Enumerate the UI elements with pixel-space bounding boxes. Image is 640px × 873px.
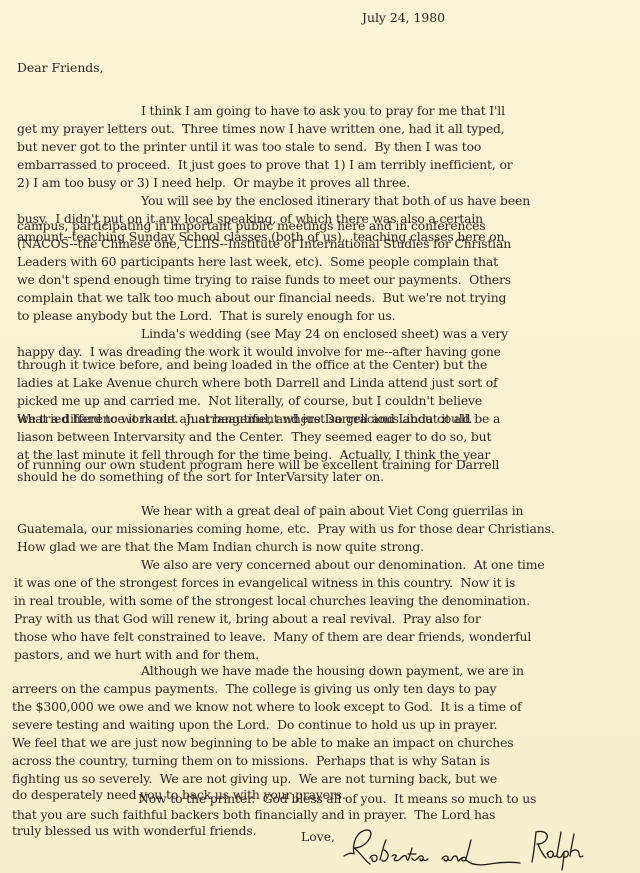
text-line: Pray with us that God will renew it, bri…	[14, 611, 481, 627]
text-line: the $300,000 we owe and we know not wher…	[12, 699, 521, 715]
text-line: Now to the printer. God bless all of you…	[138, 791, 536, 807]
text-line: We also are very concerned about our den…	[141, 557, 545, 573]
text-line: but never got to the printer until it wa…	[17, 139, 481, 155]
salutation: Dear Friends,	[17, 60, 104, 75]
text-line: Linda's wedding (see May 24 on enclosed …	[141, 326, 508, 342]
text-line: that you are such faithful backers both …	[12, 807, 495, 823]
text-line: (NACOS--the Chinese one, CLIIS--Institut…	[17, 236, 511, 252]
letter-page: July 24, 1980 Dear Friends, I think I am…	[0, 0, 640, 873]
text-line: I think I am going to have to ask you to…	[141, 103, 505, 119]
text-line: liason between Intervarsity and the Cent…	[17, 429, 491, 445]
text-line: We feel that we are just now beginning t…	[12, 735, 513, 751]
text-line: fighting us so severely. We are not givi…	[12, 771, 497, 787]
text-line: pastors, and we hurt with and for them.	[14, 647, 259, 663]
text-line: it was one of the strongest forces in ev…	[14, 575, 515, 591]
text-line: those who have felt constrained to leave…	[14, 629, 531, 645]
text-line: campus, participating in important publi…	[17, 218, 486, 234]
text-line: Guatemala, our missionaries coming home,…	[17, 521, 555, 537]
text-line: We hear with a great deal of pain about …	[141, 503, 523, 519]
text-line: Leaders with 60 participants here last w…	[17, 254, 498, 270]
text-line: How glad we are that the Mam Indian chur…	[17, 539, 424, 555]
text-line: ladies at Lake Avenue church where both …	[17, 375, 497, 391]
text-line: complain that we talk too much about our…	[17, 290, 506, 306]
text-line: truly blessed us with wonderful friends.	[12, 823, 256, 839]
text-line: Although we have made the housing down p…	[141, 663, 524, 679]
text-line: in real trouble, with some of the strong…	[14, 593, 530, 609]
text-line: We tried hard to work out an arrangement…	[17, 411, 500, 427]
text-line: to please anybody but the Lord. That is …	[17, 308, 395, 324]
text-line: through it twice before, and being loade…	[17, 357, 487, 373]
text-line: should he do something of the sort for I…	[17, 469, 384, 485]
text-line: embarrassed to proceed. It just goes to …	[17, 157, 513, 173]
text-line: You will see by the enclosed itinerary t…	[141, 193, 530, 209]
text-line: arreers on the campus payments. The coll…	[12, 681, 496, 697]
handwritten-signature	[340, 826, 600, 872]
text-line: across the country, turning them on to m…	[12, 753, 490, 769]
text-line: we don't spend enough time trying to rai…	[17, 272, 511, 288]
text-line: get my prayer letters out. Three times n…	[17, 121, 505, 137]
text-line: 2) I am too busy or 3) I need help. Or m…	[17, 175, 410, 191]
text-line: severe testing and waiting upon the Lord…	[12, 717, 497, 733]
letter-date: July 24, 1980	[362, 10, 445, 25]
closing: Love,	[301, 829, 335, 844]
text-line: picked me up and carried me. Not literal…	[17, 393, 482, 409]
